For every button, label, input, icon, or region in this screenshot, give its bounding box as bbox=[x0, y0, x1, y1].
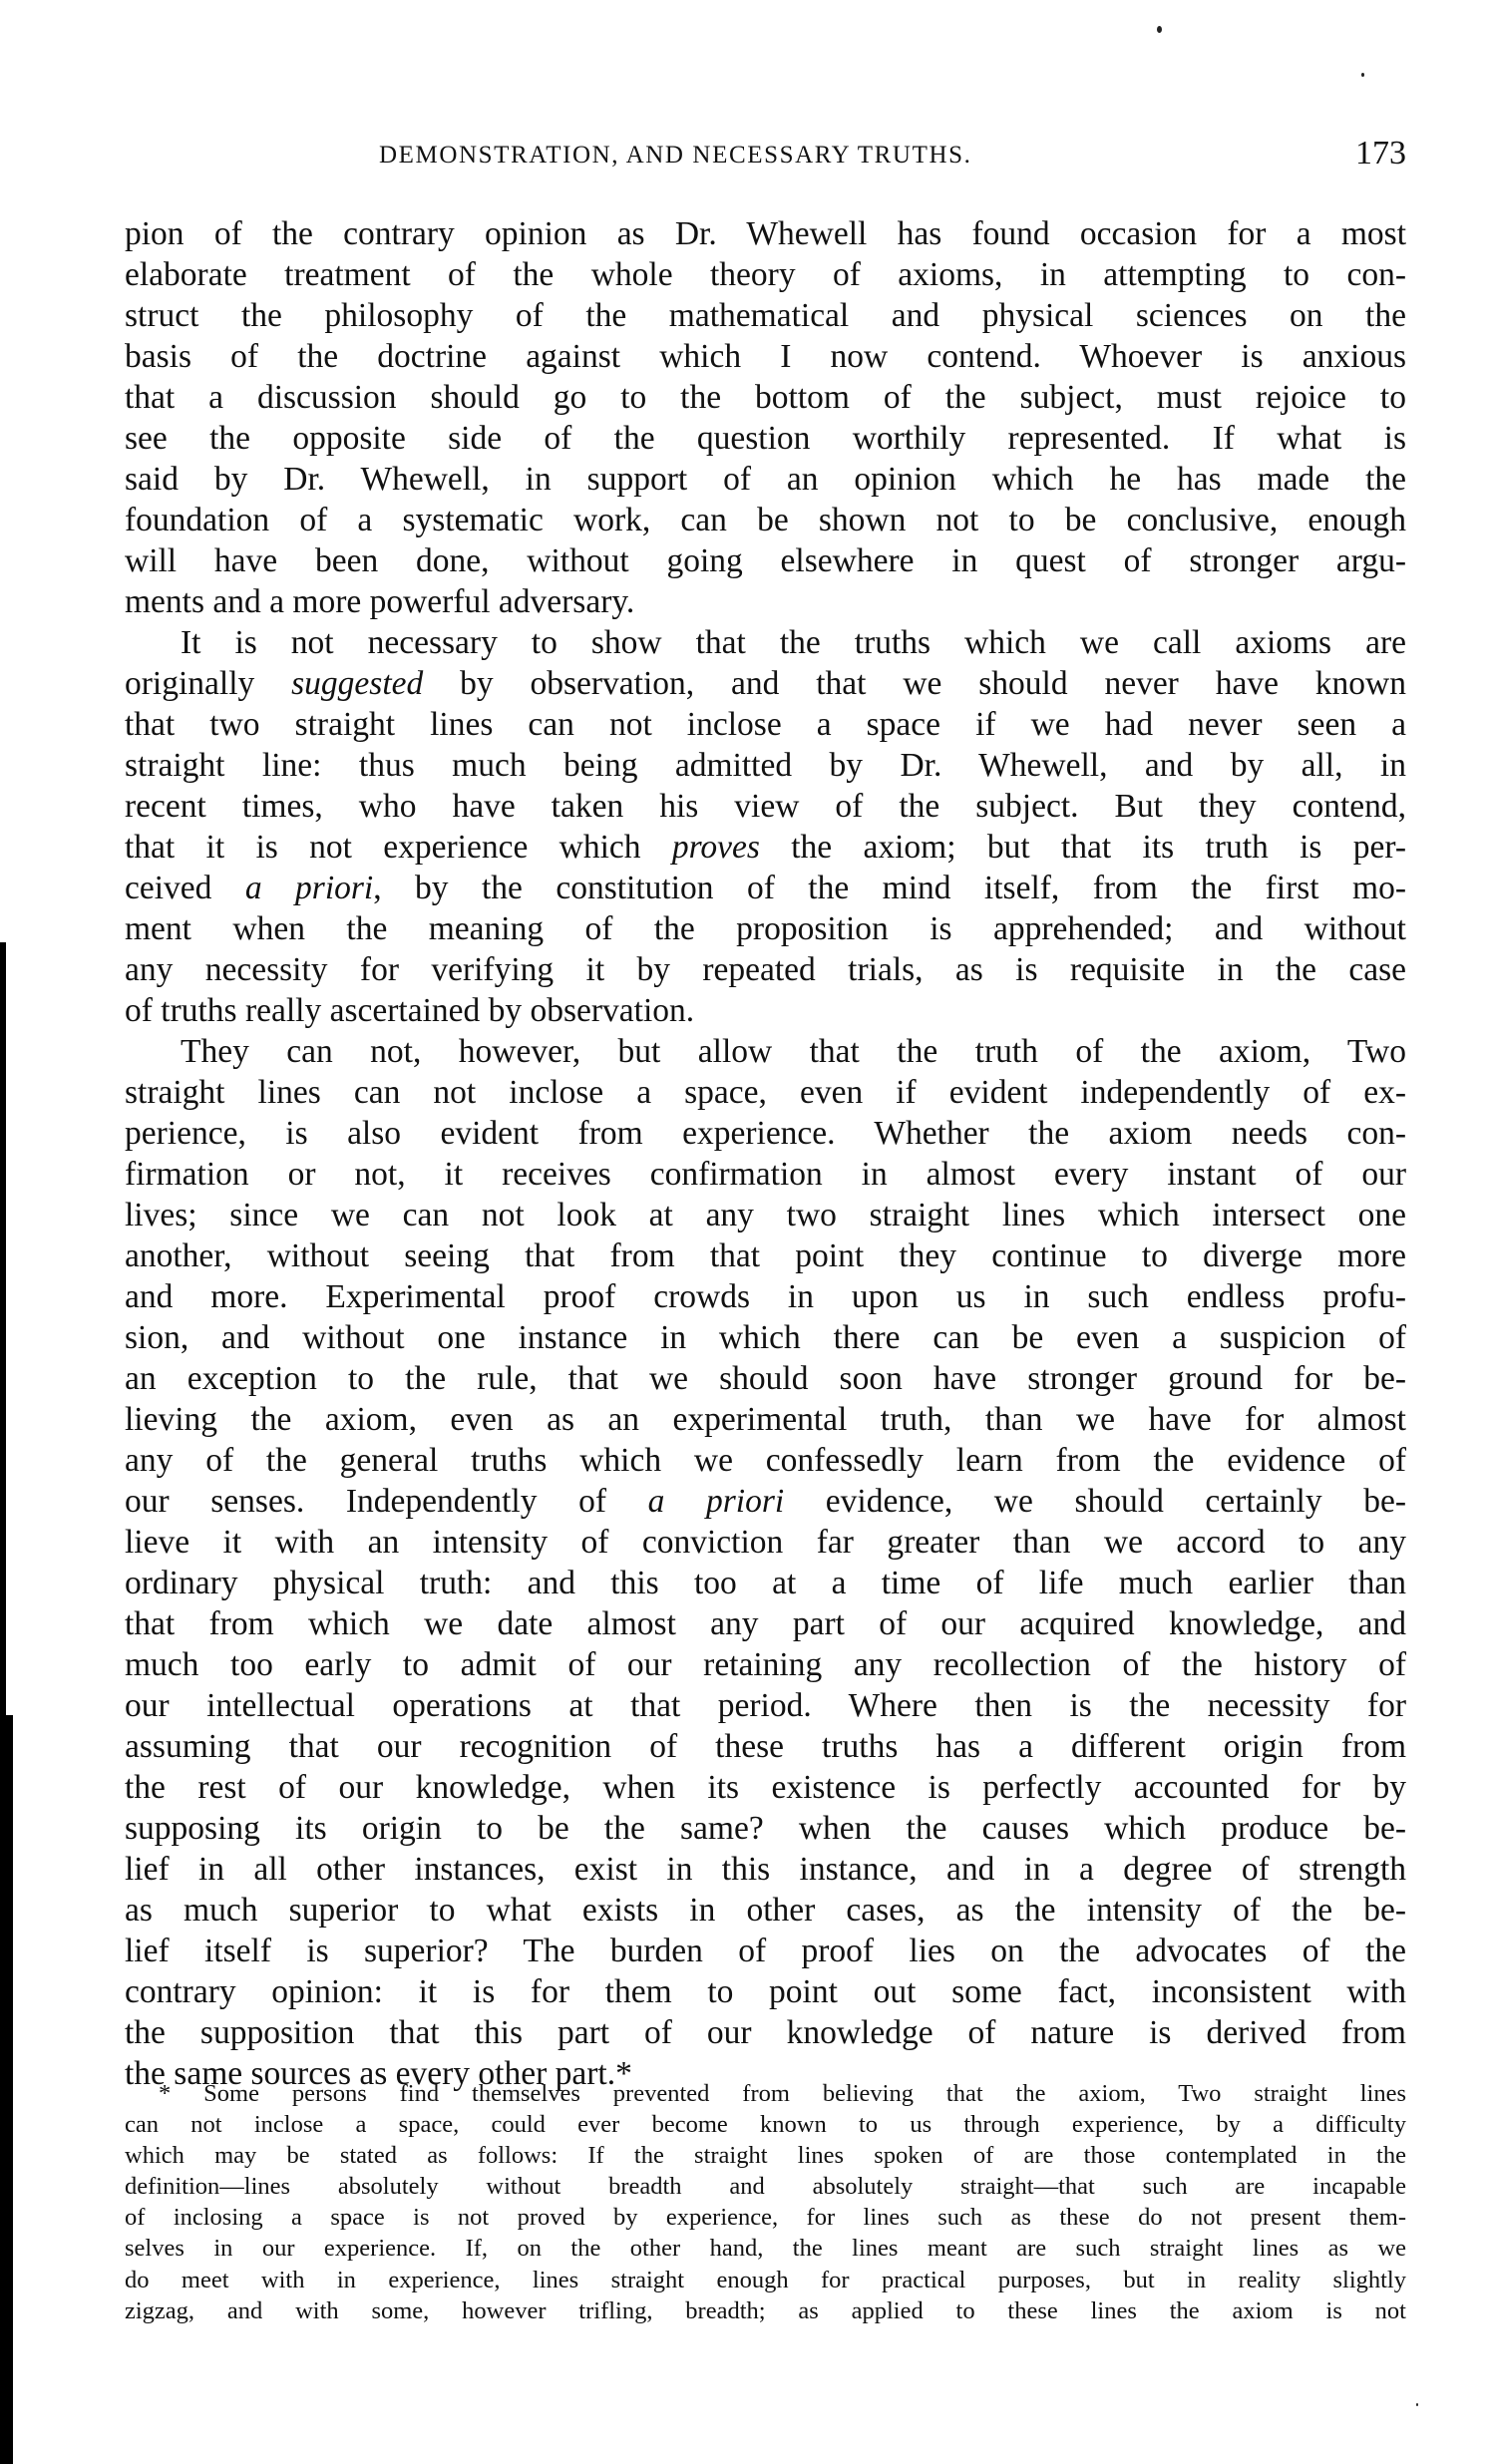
paragraph-1-line: elaborate treatment of the whole theory … bbox=[125, 254, 1406, 295]
paragraph-3-line: assuming that our recognition of these t… bbox=[125, 1726, 1406, 1767]
footnote-line: which may be stated as follows: If the s… bbox=[125, 2140, 1406, 2171]
paragraph-2-line: recent times, who have taken his view of… bbox=[125, 786, 1406, 827]
italic-emphasis: suggested bbox=[291, 665, 423, 702]
paragraph-2-line: It is not necessary to show that the tru… bbox=[125, 622, 1406, 663]
paragraph-2-line: any necessity for verifying it by repeat… bbox=[125, 949, 1406, 990]
paragraph-1-line: ments and a more powerful adversary. bbox=[125, 581, 1406, 622]
running-head: DEMONSTRATION, AND NECESSARY TRUTHS. 173 bbox=[379, 138, 1406, 177]
paragraph-3-line: lieve it with an intensity of conviction… bbox=[125, 1522, 1406, 1563]
running-head-title: DEMONSTRATION, AND NECESSARY TRUTHS. bbox=[379, 138, 971, 174]
italic-emphasis: proves bbox=[672, 829, 760, 866]
paragraph-3-line: that from which we date almost any part … bbox=[125, 1603, 1406, 1644]
paragraph-3-line: our senses. Independently of a priori ev… bbox=[125, 1481, 1406, 1522]
paragraph-1-line: foundation of a systematic work, can be … bbox=[125, 500, 1406, 540]
scan-speck bbox=[1157, 26, 1162, 33]
paragraph-1-line: pion of the contrary opinion as Dr. Whew… bbox=[125, 213, 1406, 254]
body-text: pion of the contrary opinion as Dr. Whew… bbox=[125, 213, 1406, 2094]
footnote-line: selves in our experience. If, on the oth… bbox=[125, 2233, 1406, 2264]
footnote-line: zigzag, and with some, however trifling,… bbox=[125, 2295, 1406, 2326]
paragraph-3-line: sion, and without one instance in which … bbox=[125, 1317, 1406, 1358]
paragraph-1-line: will have been done, without going elsew… bbox=[125, 540, 1406, 581]
page-number: 173 bbox=[1355, 134, 1406, 174]
paragraph-3-line: the rest of our knowledge, when its exis… bbox=[125, 1767, 1406, 1808]
paragraph-3-line: supposing its origin to be the same? whe… bbox=[125, 1808, 1406, 1849]
paragraph-2-line: that it is not experience which proves t… bbox=[125, 827, 1406, 868]
italic-emphasis: a priori bbox=[245, 870, 373, 906]
footnote-line: of inclosing a space is not proved by ex… bbox=[125, 2202, 1406, 2233]
paragraph-3-line: much too early to admit of our retaining… bbox=[125, 1644, 1406, 1685]
paragraph-3-line: perience, is also evident from experienc… bbox=[125, 1113, 1406, 1154]
paragraph-3-line: lief itself is superior? The burden of p… bbox=[125, 1931, 1406, 1971]
paragraph-3-line: ordinary physical truth: and this too at… bbox=[125, 1563, 1406, 1603]
footnote-line: can not inclose a space, could ever beco… bbox=[125, 2109, 1406, 2140]
scan-edge-shadow-lower bbox=[0, 1715, 13, 2464]
paragraph-1-line: said by Dr. Whewell, in support of an op… bbox=[125, 459, 1406, 500]
paragraph-2-line: ceived a priori, by the constitution of … bbox=[125, 868, 1406, 908]
paragraph-3-line: another, without seeing that from that p… bbox=[125, 1235, 1406, 1276]
paragraph-2-line: originally suggested by observation, and… bbox=[125, 663, 1406, 704]
paragraph-1-line: see the opposite side of the question wo… bbox=[125, 418, 1406, 459]
paragraph-3-line: lief in all other instances, exist in th… bbox=[125, 1849, 1406, 1890]
paragraph-3-line: straight lines can not inclose a space, … bbox=[125, 1072, 1406, 1113]
paragraph-3-line: any of the general truths which we confe… bbox=[125, 1440, 1406, 1481]
scan-speck bbox=[1416, 2403, 1418, 2406]
paragraph-3-line: the supposition that this part of our kn… bbox=[125, 2012, 1406, 2053]
paragraph-2-line: ment when the meaning of the proposition… bbox=[125, 908, 1406, 949]
footnote-line: definition—lines absolutely without brea… bbox=[125, 2171, 1406, 2202]
paragraph-1-line: basis of the doctrine against which I no… bbox=[125, 336, 1406, 377]
paragraph-3-line: lives; since we can not look at any two … bbox=[125, 1195, 1406, 1235]
paragraph-3-line: our intellectual operations at that peri… bbox=[125, 1685, 1406, 1726]
paragraph-3-line: as much superior to what exists in other… bbox=[125, 1890, 1406, 1931]
scan-speck bbox=[1361, 73, 1364, 77]
paragraph-2-line: that two straight lines can not inclose … bbox=[125, 704, 1406, 745]
paragraph-3-line: lieving the axiom, even as an experiment… bbox=[125, 1399, 1406, 1440]
book-page: DEMONSTRATION, AND NECESSARY TRUTHS. 173… bbox=[0, 0, 1490, 2464]
paragraph-2-line: straight line: thus much being admitted … bbox=[125, 745, 1406, 786]
paragraph-1-line: that a discussion should go to the botto… bbox=[125, 377, 1406, 418]
footnote: * Some persons find themselves prevented… bbox=[125, 2078, 1406, 2326]
paragraph-2-line: of truths really ascertained by observat… bbox=[125, 990, 1406, 1031]
footnote-line: * Some persons find themselves prevented… bbox=[125, 2078, 1406, 2109]
paragraph-1-line: struct the philosophy of the mathematica… bbox=[125, 295, 1406, 336]
paragraph-3-line: contrary opinion: it is for them to poin… bbox=[125, 1971, 1406, 2012]
footnote-line: do meet with in experience, lines straig… bbox=[125, 2265, 1406, 2295]
paragraph-3-line: an exception to the rule, that we should… bbox=[125, 1358, 1406, 1399]
paragraph-3-line: firmation or not, it receives confirmati… bbox=[125, 1154, 1406, 1195]
paragraph-3-line: They can not, however, but allow that th… bbox=[125, 1031, 1406, 1072]
italic-emphasis: a priori bbox=[648, 1483, 785, 1520]
paragraph-3-line: and more. Experimental proof crowds in u… bbox=[125, 1276, 1406, 1317]
